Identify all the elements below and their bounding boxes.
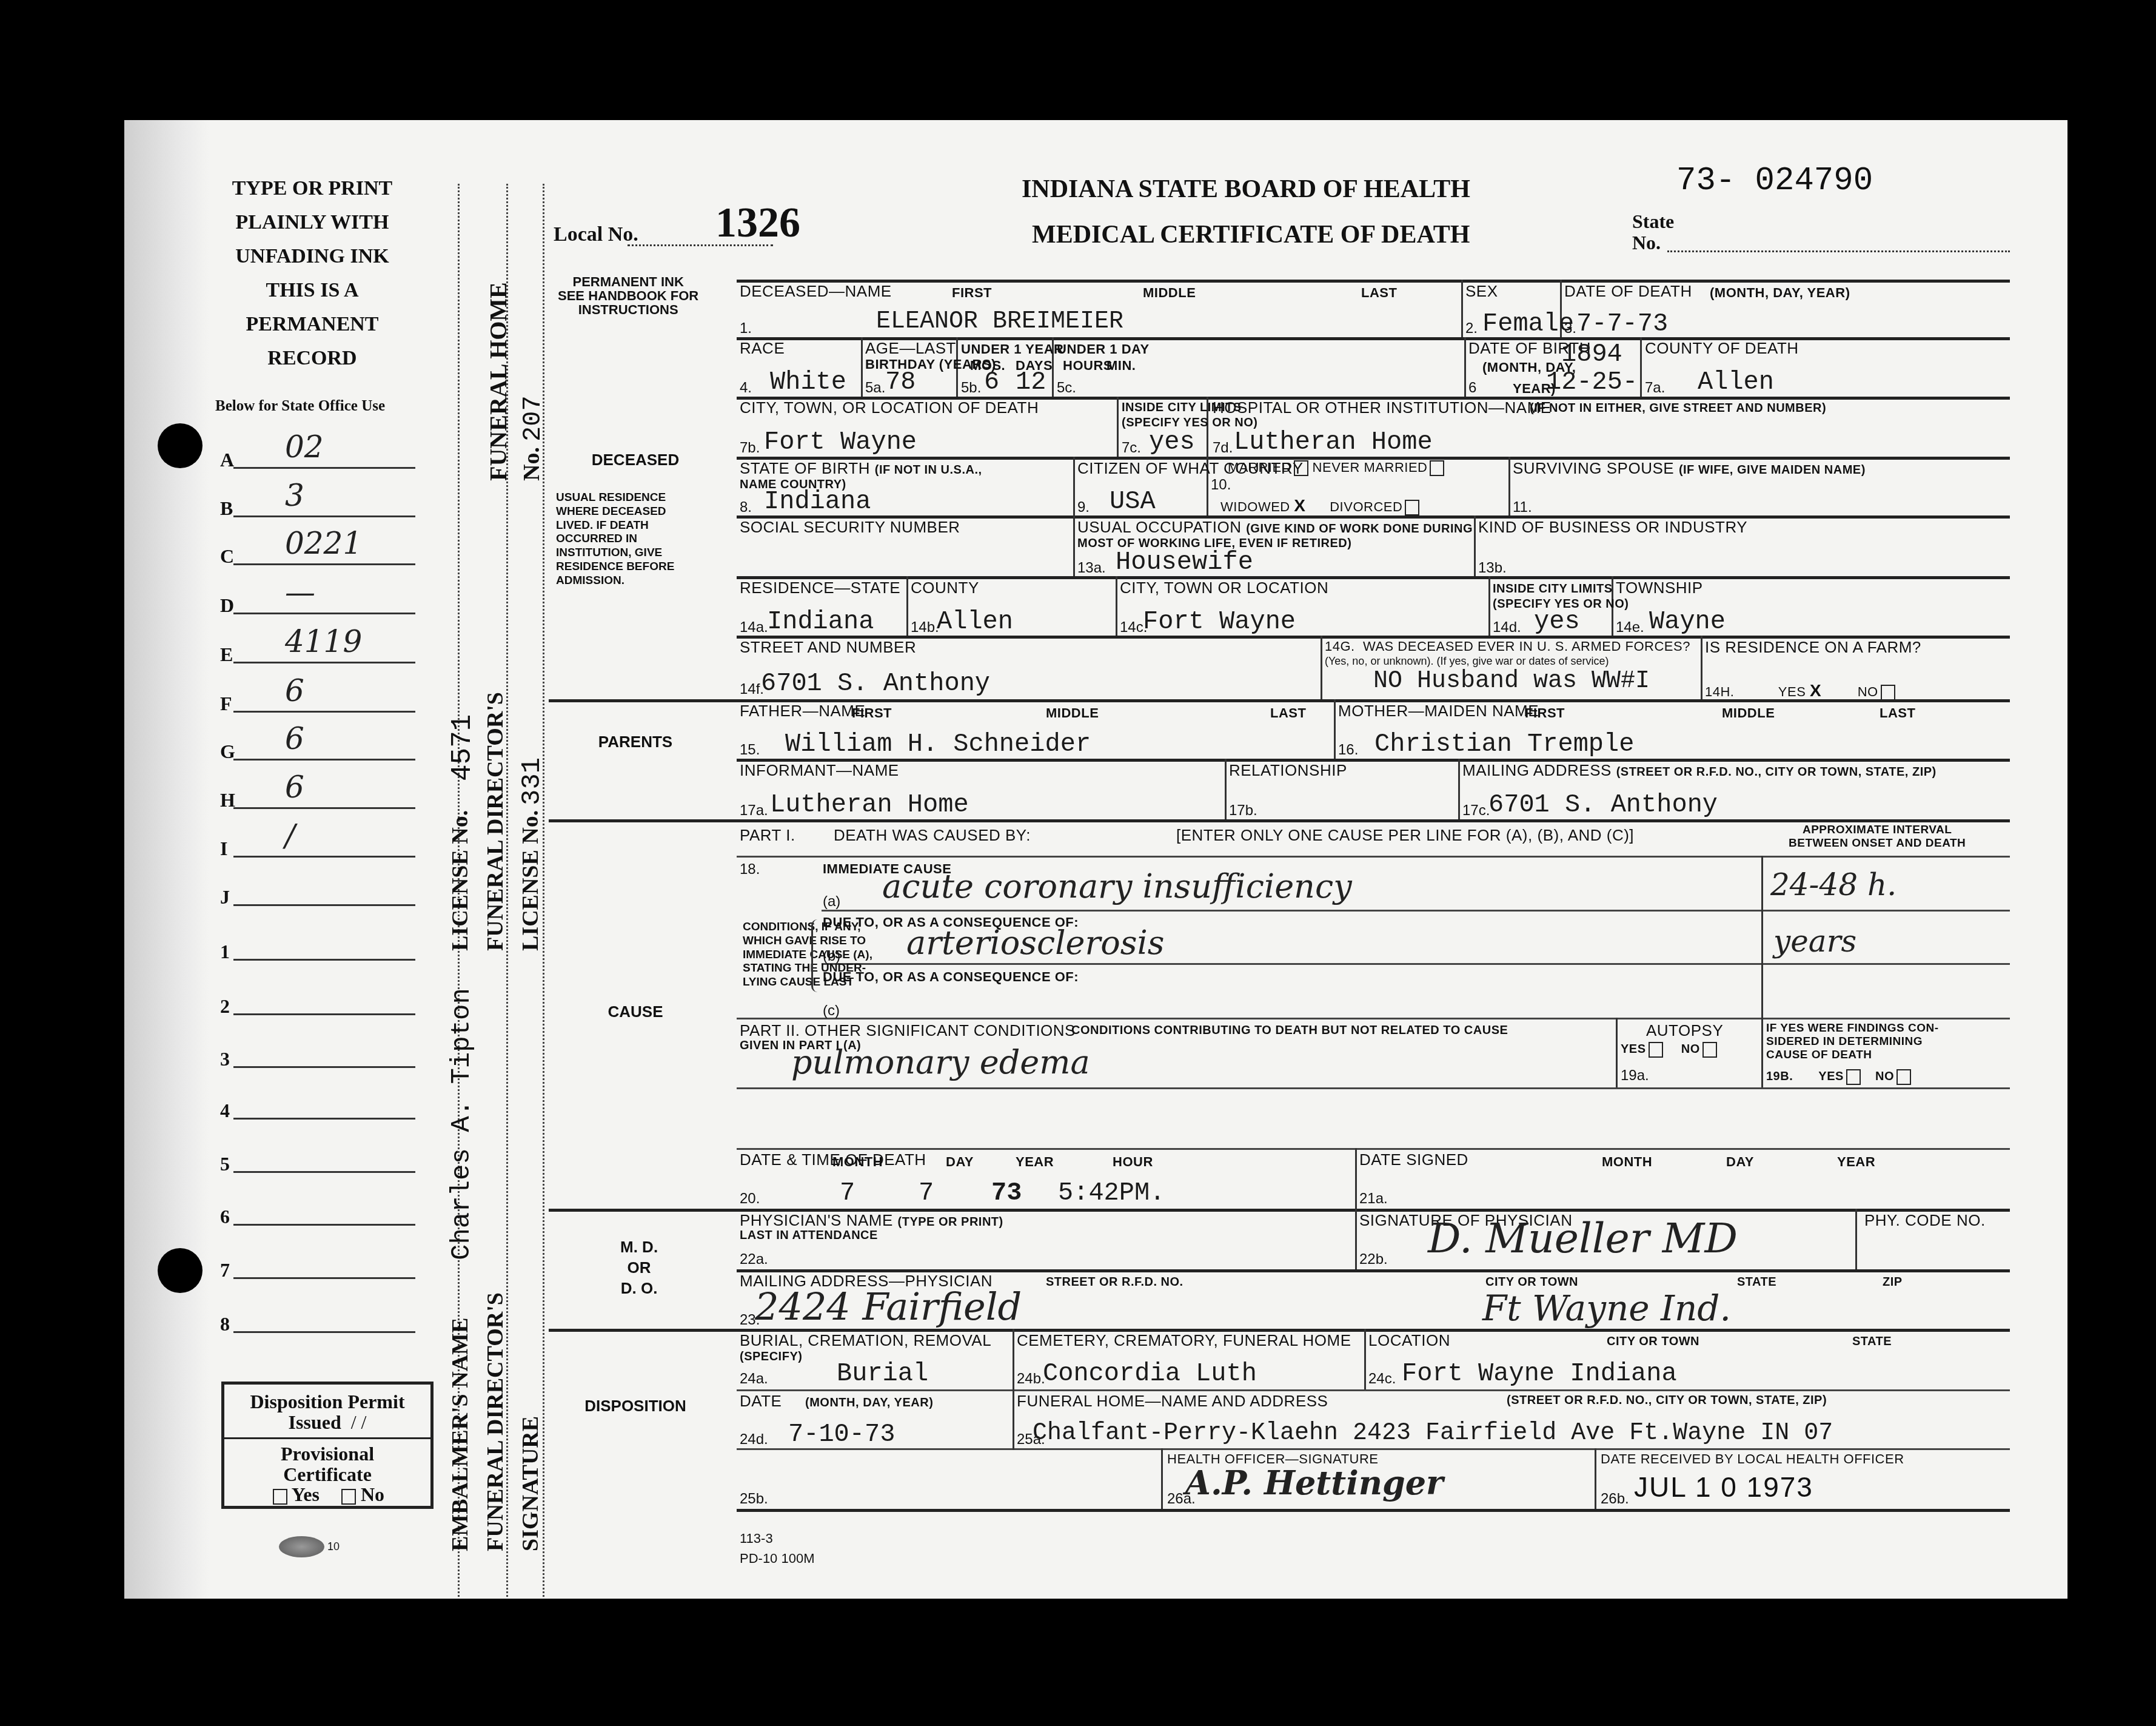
widowed-divorced: WIDOWED X DIVORCED	[1220, 496, 1419, 515]
business-label: KIND OF BUSINESS OR INDUSTRY	[1478, 519, 1747, 537]
interval-label: APPROXIMATE INTERVALBETWEEN ONSET AND DE…	[1789, 824, 1966, 850]
state-office-label: Below for State Office Use	[215, 398, 385, 415]
fd-license-label: LICENSE No.	[517, 810, 544, 951]
col-sep	[1761, 1018, 1763, 1087]
code-value: 0221	[285, 526, 362, 561]
divorced-checkbox[interactable]	[1405, 500, 1419, 515]
fd-license-no: 331	[517, 757, 547, 805]
section-cause: CAUSE	[575, 1002, 696, 1021]
cemetery-value: Concordia Luth	[1043, 1359, 1257, 1388]
autopsy-no-checkbox[interactable]	[1702, 1042, 1717, 1058]
col-sep	[1508, 457, 1510, 515]
code-letter: 5	[220, 1153, 230, 1175]
field-number: 22b.	[1359, 1251, 1388, 1268]
tod-day-label: DAY	[946, 1154, 974, 1169]
disposition-permit-box: Disposition Permit Issued / / Provisiona…	[221, 1382, 434, 1509]
field-number: 10.	[1211, 477, 1231, 494]
ssn-label: SOCIAL SECURITY NUMBER	[740, 519, 960, 537]
farm-yes-checkbox-checked[interactable]: X	[1810, 681, 1821, 700]
instruction-line: RECORD	[221, 341, 403, 375]
field-number: 3.	[1564, 320, 1576, 337]
provisional-no-checkbox[interactable]	[341, 1489, 356, 1505]
code-line	[233, 1277, 415, 1279]
name-first-label: FIRST	[952, 285, 992, 300]
field-number: 24d.	[740, 1431, 768, 1448]
col-sep	[1013, 1329, 1014, 1450]
sex-label: SEX	[1465, 283, 1498, 301]
field-number: 11.	[1513, 499, 1532, 516]
under-1-day-label: UNDER 1 DAY	[1057, 341, 1150, 357]
field-number: 16.	[1338, 742, 1358, 759]
field-number: 5b.	[961, 380, 981, 397]
informant-label: INFORMANT—NAME	[740, 762, 899, 780]
code-value: 02	[285, 429, 324, 465]
tod-month-value: 7	[840, 1178, 855, 1207]
code-letter: 8	[220, 1313, 230, 1335]
field-number: 14e.	[1616, 619, 1644, 636]
punch-hole-icon	[158, 1248, 203, 1293]
section-md-do: M. D.ORD. O.	[620, 1237, 658, 1298]
fd-signature-label: FUNERAL DIRECTOR'S	[482, 1292, 509, 1551]
field-number: 25b.	[740, 1491, 768, 1508]
code-letter: B	[220, 497, 233, 520]
date-received-label: DATE RECEIVED BY LOCAL HEALTH OFFICER	[1601, 1451, 1904, 1466]
ds-year-label: YEAR	[1837, 1154, 1875, 1169]
citizen-value: USA	[1110, 487, 1156, 516]
code-line	[233, 467, 415, 469]
rule	[737, 1448, 2010, 1450]
location-state-label: STATE	[1852, 1335, 1892, 1349]
disposition-date-value: 7-10-73	[788, 1420, 895, 1449]
field-number: 7b.	[740, 440, 760, 457]
township-value: Wayne	[1649, 607, 1726, 636]
field-number: 14b.	[911, 619, 939, 636]
col-sep	[1488, 576, 1490, 636]
section-disposition: DISPOSITION	[575, 1397, 696, 1415]
local-no-label: Local No.	[554, 223, 638, 246]
code-line	[233, 807, 415, 809]
autopsy-options: YES NO	[1621, 1042, 1717, 1058]
stamped-state-no: 73- 024790	[1676, 163, 1873, 200]
physician-name-label: PHYSICIAN'S NAME (TYPE OR PRINT)	[740, 1212, 1003, 1230]
health-officer-signature: A.P. Hettinger	[1185, 1463, 1444, 1502]
occupation-value: Housewife	[1116, 548, 1253, 577]
code-letter: 1	[220, 941, 230, 963]
findings-yes-checkbox[interactable]	[1846, 1069, 1861, 1085]
certificate-title: MEDICAL CERTIFICATE OF DEATH	[1032, 220, 1470, 249]
name-middle-label: MIDDLE	[1143, 285, 1196, 300]
funeral-home-label: FUNERAL HOME	[484, 282, 512, 481]
rule	[737, 1087, 2010, 1089]
farm-label: IS RESIDENCE ON A FARM?	[1705, 639, 1921, 657]
state-no-label: StateNo.	[1632, 211, 1674, 254]
ds-day-label: DAY	[1726, 1154, 1754, 1169]
part1-label: PART I.	[740, 827, 795, 845]
under-1-year-label: UNDER 1 YEAR	[961, 341, 1063, 357]
phy-code-label: PHY. CODE NO.	[1864, 1212, 1986, 1230]
dob-year: 1894	[1561, 340, 1622, 369]
code-letter: C	[220, 545, 234, 568]
physician-city-value: Ft Wayne Ind.	[1482, 1288, 1731, 1329]
cause-a-value: acute coronary insufficiency	[882, 867, 1352, 905]
date-of-death-label: DATE OF DEATH	[1564, 283, 1692, 301]
res-county-label: COUNTY	[911, 579, 979, 597]
mother-first-label: FIRST	[1525, 705, 1565, 720]
cause-b-interval: years	[1773, 924, 1856, 959]
printer-union-mark-icon	[279, 1536, 324, 1557]
physician-address-value: 2424 Fairfield	[755, 1284, 1022, 1329]
married-checkbox[interactable]	[1294, 460, 1308, 476]
physician-zip-label: ZIP	[1883, 1275, 1903, 1289]
res-county-value: Allen	[937, 607, 1013, 636]
mailing-value: 6701 S. Anthony	[1488, 790, 1718, 819]
ds-month-label: MONTH	[1602, 1154, 1652, 1169]
armed-forces-value: NO Husband was WW#I	[1373, 668, 1650, 695]
field-number: 2.	[1465, 320, 1478, 337]
days-value: 12	[1016, 368, 1046, 397]
code-value: 4119	[285, 624, 362, 659]
col-sep	[1640, 337, 1642, 397]
date-of-death-sub: (MONTH, DAY, YEAR)	[1710, 285, 1850, 300]
caused-by-label: DEATH WAS CAUSED BY:	[834, 827, 1031, 845]
col-sep	[1321, 636, 1322, 699]
father-middle-label: MIDDLE	[1046, 705, 1099, 720]
funeral-home-no-label: No.	[518, 447, 545, 481]
mother-middle-label: MIDDLE	[1722, 705, 1775, 720]
funeral-home-sub: (STREET OR R.F.D. NO., CITY OR TOWN, STA…	[1507, 1394, 1827, 1408]
embalmer-name: Charles A. Tipton	[447, 988, 477, 1260]
field-number: 19a.	[1621, 1067, 1649, 1084]
code-letter: 4	[220, 1100, 230, 1122]
location-label: LOCATION	[1368, 1332, 1450, 1350]
dob-month-day: 12-25-	[1546, 368, 1638, 397]
printer-mark: 10	[327, 1540, 340, 1553]
tod-month-label: MONTH	[832, 1154, 883, 1169]
col-sep	[1364, 1329, 1366, 1389]
rule	[822, 963, 2010, 965]
code-line	[233, 1118, 415, 1120]
issued-label: Issued	[289, 1411, 341, 1433]
col-sep	[1761, 856, 1763, 1027]
no-label: No	[361, 1483, 384, 1505]
punch-hole-icon	[158, 423, 203, 468]
name-label: DECEASED—NAME	[740, 283, 892, 301]
min-label: MIN.	[1106, 358, 1136, 373]
field-number: 17b.	[1229, 802, 1257, 819]
col-sep	[1161, 1448, 1163, 1509]
code-letter: I	[220, 838, 227, 860]
father-first-label: FIRST	[852, 705, 892, 720]
widowed-checkbox-checked[interactable]: X	[1294, 496, 1305, 515]
funeral-home-label: FUNERAL HOME—NAME AND ADDRESS	[1017, 1392, 1328, 1411]
part2-label: PART II. OTHER SIGNIFICANT CONDITIONS	[740, 1022, 1076, 1040]
code-letter: F	[220, 693, 232, 715]
org-title: INDIANA STATE BOARD OF HEALTH	[1022, 175, 1470, 204]
res-city-value: Fort Wayne	[1143, 607, 1296, 636]
disposition-date-label: DATE (MONTH, DAY, YEAR)	[740, 1392, 933, 1411]
code-letter: E	[220, 643, 233, 666]
col-sep	[906, 576, 908, 636]
tod-hour-value: 5:42PM.	[1058, 1178, 1165, 1207]
death-certificate: TYPE OR PRINT PLAINLY WITH UNFADING INK …	[124, 120, 2067, 1599]
hospital-label: HOSPITAL OR OTHER INSTITUTION—NAME	[1213, 399, 1552, 417]
field-number: 13b.	[1478, 560, 1507, 577]
code-value: 3	[285, 478, 304, 513]
field-number: 17c.	[1462, 802, 1490, 819]
code-line	[233, 959, 415, 961]
tod-year-label: YEAR	[1016, 1154, 1054, 1169]
findings-no-checkbox[interactable]	[1897, 1069, 1911, 1085]
section-deceased: DECEASED	[575, 451, 696, 469]
instruction-line: UNFADING INK	[221, 240, 403, 274]
cemetery-label: CEMETERY, CREMATORY, FUNERAL HOME	[1017, 1332, 1351, 1350]
col-sep	[1474, 515, 1476, 576]
field-number: 1.	[740, 320, 752, 337]
physician-name-sub: LAST IN ATTENDANCE	[740, 1229, 878, 1243]
tod-hour-label: HOUR	[1113, 1154, 1153, 1169]
cause-a-interval: 24-48 h.	[1770, 867, 1897, 902]
permanent-ink-note: PERMANENT INKSEE HANDBOOK FORINSTRUCTION…	[558, 275, 698, 317]
code-letter: 2	[220, 995, 230, 1018]
date-of-death-value: 7-7-73	[1576, 309, 1668, 338]
col-sep	[1461, 280, 1463, 337]
physician-street-label: STREET OR R.F.D. NO.	[1046, 1275, 1183, 1289]
father-label: FATHER—NAME	[740, 702, 865, 720]
part2-value: pulmonary edema	[791, 1043, 1090, 1081]
col-sep	[1073, 515, 1075, 576]
yes-label: Yes	[292, 1483, 320, 1505]
local-no-dots	[628, 244, 773, 246]
col-sep	[1616, 1018, 1618, 1087]
instruction-line: TYPE OR PRINT	[221, 172, 403, 206]
mother-last-label: LAST	[1880, 705, 1915, 720]
field-number: 8.	[740, 499, 752, 516]
col-sep	[1458, 759, 1460, 819]
rule	[737, 1389, 2010, 1391]
rule	[737, 1148, 2010, 1150]
field-number: 4.	[740, 380, 752, 397]
code-line	[233, 711, 415, 713]
col-sep	[1334, 699, 1336, 759]
instruction-line: PERMANENT	[221, 307, 403, 341]
relationship-label: RELATIONSHIP	[1229, 762, 1347, 780]
code-line	[233, 1066, 415, 1068]
field-number: 20.	[740, 1190, 760, 1207]
instructions-block: TYPE OR PRINT PLAINLY WITH UNFADING INK …	[221, 172, 403, 376]
code-line	[233, 856, 415, 858]
sex-value: Female	[1482, 309, 1574, 338]
funeral-home-no: 207	[518, 395, 547, 442]
street-value: 6701 S. Anthony	[761, 669, 990, 698]
code-line	[233, 1331, 415, 1333]
col-sep	[1116, 576, 1117, 636]
code-letter: D	[220, 594, 234, 617]
field-number: 9.	[1077, 499, 1090, 516]
code-value: 6	[285, 721, 304, 756]
street-label: STREET AND NUMBER	[740, 639, 916, 657]
issued-value: / /	[351, 1411, 367, 1433]
col-sep	[1225, 759, 1227, 819]
res-inside-limits-value: yes	[1534, 607, 1580, 636]
code-value: —	[285, 575, 315, 610]
embalmer-license-label: LICENSE No.	[447, 810, 474, 951]
age-value: 78	[885, 368, 916, 397]
certificate-label: Certificate	[224, 1465, 430, 1485]
field-number: 24b.	[1017, 1371, 1045, 1388]
field-number: 26b.	[1601, 1491, 1629, 1508]
code-letter: 3	[220, 1048, 230, 1070]
provisional-label: Provisional	[224, 1444, 430, 1465]
rule	[737, 280, 2010, 283]
county-of-death-label: COUNTY OF DEATH	[1645, 340, 1799, 358]
rule	[737, 1509, 2010, 1512]
field-number: 7a.	[1645, 380, 1665, 397]
embalmer-license-no: 4571	[447, 714, 478, 781]
inside-limits-value: yes	[1149, 428, 1195, 457]
occupation-label: USUAL OCCUPATION (GIVE KIND OF WORK DONE…	[1077, 519, 1473, 537]
col-sep	[1117, 397, 1119, 457]
mother-label: MOTHER—MAIDEN NAME	[1338, 702, 1539, 720]
father-last-label: LAST	[1270, 705, 1306, 720]
field-number: 17a.	[740, 802, 768, 819]
code-value: 6	[285, 770, 304, 805]
code-letter: 6	[220, 1206, 230, 1228]
provisional-yes-checkbox[interactable]	[273, 1489, 287, 1505]
surviving-spouse-label: SURVIVING SPOUSE (IF WIFE, GIVE MAIDEN N…	[1513, 460, 1866, 478]
city-of-death-value: Fort Wayne	[764, 428, 917, 457]
autopsy-yes-checkbox[interactable]	[1649, 1042, 1663, 1058]
mailing-label: MAILING ADDRESS (STREET OR R.F.D. NO., C…	[1462, 762, 1937, 780]
permit-label: Disposition Permit	[224, 1392, 430, 1412]
tod-year-value: 73	[991, 1178, 1022, 1207]
local-no: 1326	[715, 199, 800, 247]
res-state-value: Indiana	[767, 607, 874, 636]
col-sep	[1464, 337, 1466, 397]
field-number: (c)	[823, 1002, 840, 1019]
cause-b-value: arteriosclerosis	[906, 924, 1164, 962]
code-value: /	[285, 818, 295, 853]
burial-label: BURIAL, CREMATION, REMOVAL	[740, 1332, 991, 1350]
burial-sub: (SPECIFY)	[740, 1350, 802, 1364]
funeral-home-value: Chalfant-Perry-Klaehn 2423 Fairfield Ave…	[1033, 1420, 1833, 1447]
city-of-death-label: CITY, TOWN, OR LOCATION OF DEATH	[740, 399, 1039, 417]
father-value: William H. Schneider	[785, 730, 1091, 759]
field-number: 24c.	[1368, 1371, 1396, 1388]
armed-forces-label: 14g. WAS DECEASED EVER IN U. S. ARMED FO…	[1325, 639, 1690, 654]
code-line	[233, 1013, 415, 1015]
res-inside-limits-label: INSIDE CITY LIMITS	[1493, 582, 1613, 596]
res-state-label: RESIDENCE—STATE	[740, 579, 900, 597]
race-value: White	[770, 368, 846, 397]
autopsy-label: AUTOPSY	[1646, 1022, 1723, 1040]
farm-no-checkbox[interactable]	[1881, 685, 1895, 700]
marital-status: MARRIED NEVER MARRIED	[1228, 460, 1444, 476]
field-number: 14d.	[1493, 619, 1521, 636]
field-number: 13a.	[1077, 560, 1106, 577]
code-letter: J	[220, 886, 230, 908]
burial-value: Burial	[837, 1359, 928, 1388]
col-sep	[1073, 457, 1075, 515]
hospital-sub: (IF NOT IN EITHER, GIVE STREET AND NUMBE…	[1530, 401, 1826, 415]
field-number: 24a.	[740, 1371, 768, 1388]
col-sep	[1355, 1148, 1357, 1269]
township-label: TOWNSHIP	[1616, 579, 1703, 597]
field-number: 7c.	[1122, 440, 1141, 457]
code-line	[233, 1224, 415, 1226]
date-received-stamp: JUL 1 0 1973	[1634, 1471, 1813, 1503]
cause-instruction: [ENTER ONLY ONE CAUSE PER LINE FOR (a), …	[1176, 827, 1634, 845]
findings-options: 19b. YES NO	[1766, 1069, 1911, 1085]
field-number: 5c.	[1057, 380, 1076, 397]
field-number: 18.	[740, 861, 760, 878]
col-sep	[1855, 1209, 1857, 1269]
due-to-label: DUE TO, OR AS A CONSEQUENCE OF:	[823, 969, 1079, 984]
tod-day-value: 7	[919, 1178, 934, 1207]
form-code: 113-3PD-10 100M	[740, 1528, 815, 1568]
armed-forces-sub: (Yes, no, or unknown). (If yes, give war…	[1325, 655, 1609, 668]
physician-state-label: STATE	[1737, 1275, 1776, 1289]
rule	[737, 856, 2010, 858]
col-sep	[1595, 1448, 1596, 1509]
field-number: (a)	[823, 893, 840, 910]
physician-signature: D. Mueller MD	[1428, 1215, 1738, 1263]
field-number: 6	[1468, 380, 1476, 397]
code-line	[233, 613, 415, 614]
rule	[549, 819, 2010, 822]
state-of-birth-value: Indiana	[764, 487, 871, 516]
never-married-checkbox[interactable]	[1430, 460, 1444, 476]
code-line	[233, 904, 415, 906]
col-sep	[861, 337, 863, 397]
code-letter: A	[220, 449, 234, 471]
field-number: 14a.	[740, 619, 768, 636]
informant-value: Lutheran Home	[770, 790, 969, 819]
field-number: 5a.	[865, 380, 885, 397]
code-letter: 7	[220, 1259, 230, 1281]
code-line	[233, 563, 415, 565]
code-line	[233, 1171, 415, 1173]
field-number: (b)	[823, 948, 840, 965]
code-line	[233, 662, 415, 663]
rule	[822, 910, 2010, 912]
col-sep	[1701, 636, 1702, 699]
field-number: 7d.	[1213, 440, 1233, 457]
age-label: AGE—LAST	[865, 340, 956, 358]
state-of-birth-label: STATE OF BIRTH (IF NOT IN U.S.A.,	[740, 460, 982, 478]
res-city-label: CITY, TOWN OR LOCATION	[1120, 579, 1328, 597]
part2-sub: CONDITIONS CONTRIBUTING TO DEATH BUT NOT…	[1071, 1024, 1508, 1038]
location-value: Fort Wayne Indiana	[1402, 1359, 1677, 1388]
field-number: 22a.	[740, 1251, 768, 1268]
name-last-label: LAST	[1361, 285, 1397, 300]
brace	[811, 919, 820, 992]
instruction-line: THIS IS A	[221, 274, 403, 307]
mother-value: Christian Tremple	[1374, 730, 1634, 759]
race-label: RACE	[740, 340, 785, 358]
location-city-label: CITY OR TOWN	[1607, 1335, 1699, 1349]
rule	[737, 1018, 2010, 1019]
code-value: 6	[285, 673, 304, 708]
section-parents: PARENTS	[575, 733, 696, 751]
hospital-value: Lutheran Home	[1234, 428, 1433, 457]
code-line	[233, 759, 415, 761]
months-value: 6	[984, 368, 999, 397]
field-number: 21a.	[1359, 1190, 1388, 1207]
state-no-dots	[1667, 250, 2010, 252]
fd-signature-label: SIGNATURE	[517, 1416, 544, 1551]
farm-options: 14h. YES X NO	[1705, 681, 1895, 700]
embalmer-name-label: EMBALMER'S NAME	[447, 1318, 474, 1551]
